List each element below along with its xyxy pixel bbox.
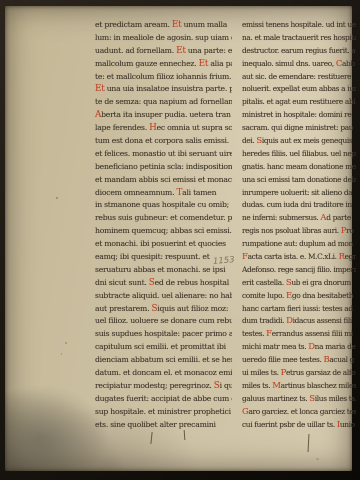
text-line: noluerit. expellat eum abbas a iure <box>242 83 356 96</box>
text-line: erit castella. Sub ei gra dnorum <box>242 277 356 290</box>
ink-text: beneficiano petinia scla: indispositione <box>95 162 232 171</box>
rubric-initial: Et <box>172 20 182 30</box>
ink-text: ali tamen <box>182 188 216 197</box>
ink-text: et mandam abbis sci emissi et monacoz <box>95 175 232 184</box>
ink-text: noluerit. expellat eum abbas a iure <box>242 84 356 93</box>
ink-text: et felices. monastio ut ibi seruant uire <box>95 149 232 158</box>
rubric-initial: H <box>149 123 156 133</box>
text-line: suis supdues hospitale: pacer primo ad <box>95 328 232 341</box>
ink-speck <box>65 342 67 344</box>
text-line: una sci emissi tam donatione delai. <box>242 174 356 187</box>
ink-text: artinus blaschez miles ts. <box>281 381 356 390</box>
text-line: uadunt. ad fornellam. Et una parte: e <box>95 45 232 58</box>
ink-text: cui fuerint psbr de uillar ts. <box>242 420 337 429</box>
ink-text: emissi tenens hospitale. ud int uel fem <box>242 20 356 29</box>
ink-text: capitulum sci emilii. et promittat ibi <box>95 342 226 351</box>
ink-text: inrumpere uoluerit: sit alieno da <box>242 188 352 197</box>
ink-text: hanc cartam fieri iussi: testes ad <box>242 304 353 313</box>
ink-text: d parte <box>326 213 351 222</box>
ink-text: sup hospitale. et ministrer prophetici <box>95 407 231 416</box>
rubric-initial: Et <box>95 84 105 94</box>
text-line: inrumpere uoluerit: sit alieno da <box>242 187 356 200</box>
text-line: hominem quemcuq; abbas sci emissi. <box>95 225 232 238</box>
ink-text: ro <box>346 226 353 235</box>
text-line: Facta carta ista. e. M.C.xLi. Regnante <box>242 251 356 264</box>
text-line: et monachi. ibi posuerint et quocies <box>95 238 232 251</box>
ink-text: iquis aut filioz moz: <box>157 304 228 313</box>
ink-text: datum. et doncam el. et monacoz emissi <box>95 368 232 377</box>
text-line: ets. sine quolibet alter precamini <box>95 419 232 432</box>
ink-text: pitalis. et agat eum restituere abl <box>242 97 355 106</box>
ink-text: rumpatione aut: duplum ad mon <box>242 239 353 248</box>
ink-text: ed de rebus hospital <box>155 278 229 287</box>
ink-text: go dna besitabeth <box>292 291 353 300</box>
ink-text: dudas. cum iuda dni traditore in <box>242 200 352 209</box>
text-line: regis nos psoluat libras auri. Pro <box>242 225 356 238</box>
text-line: Aberta ita insuper pudia. uetera tran <box>95 109 232 122</box>
ink-text: acual g <box>329 355 354 364</box>
ink-text: lape ferendes. <box>95 123 149 132</box>
ink-text: galuus martinez ts. <box>242 394 309 403</box>
text-line: ui miles ts. Petrus garsiaz de alfo <box>242 367 356 380</box>
ink-text: diocem omneamnum. <box>95 188 176 197</box>
text-line: cui fuerint psbr de uillar ts. Iunio <box>242 419 356 432</box>
marginal-year-annotation: 1153 <box>213 255 235 267</box>
ink-text: i quis <box>220 381 232 390</box>
text-line: rebus suis gubneur: et comendetur. per <box>95 212 232 225</box>
ink-text: unio <box>340 420 355 429</box>
text-line: aut sic. de emendare: restituere <box>242 71 356 84</box>
text-line: diocem omneamnum. Tali tamen <box>95 187 232 200</box>
ink-text: ueredo filie mee testes. <box>242 355 323 364</box>
ink-text: te: et mallcolum filioz iohannis frium. <box>95 72 231 81</box>
parchment-page: et predictam aream. Et unum mallalum: in… <box>5 6 352 471</box>
ink-text: ets. sine quolibet alter precamini <box>95 420 216 429</box>
ink-text: subtracte aliquid. uel alienare: no habe <box>95 291 232 300</box>
ink-text: idacus assensi fili <box>293 316 352 325</box>
ink-speck <box>61 353 62 355</box>
ink-text: aro garciez. et lonca garciez testes <box>248 407 356 416</box>
ink-text: ilus miles ts. <box>315 394 356 403</box>
ink-text: sacram. qui digne ministret: pau <box>242 123 353 132</box>
ink-text: rebus suis gubneur: et comendetur. per <box>95 213 232 222</box>
ink-text: aut sic. de emendare: restituere <box>242 72 351 81</box>
ink-text: in stmanone quas hospitale cu omib; <box>95 200 229 209</box>
ink-text: lum: in mealiole de agosin. sup uiam q <box>95 33 232 42</box>
text-line: sup hospitale. et ministrer prophetici <box>95 406 232 419</box>
ink-text: uel filioz. uoluere se donare cum rebus <box>95 316 232 325</box>
ink-text: eamq; ibi quesipit: respuunt. et <box>95 252 210 261</box>
text-line: gnatis. hanc meam donatione mea <box>242 161 356 174</box>
descender-stroke <box>308 434 310 452</box>
text-line: hanc cartam fieri iussi: testes ad <box>242 303 356 316</box>
ink-text: comite lupo. <box>242 291 286 300</box>
text-line: dugates fuerit: accipiat de abbe cum dni <box>95 393 232 406</box>
text-line: miles ts. Martinus blaschez miles ts. <box>242 380 356 393</box>
ink-text: egnante <box>345 252 356 261</box>
ink-text: dugates fuerit: accipiat de abbe cum dni <box>95 394 232 403</box>
ink-text: iquis aut ex meis genequis <box>262 136 352 145</box>
ink-text: Adefonso. rege sancij filio. impera <box>242 265 356 274</box>
text-line: recipiatur modestq; peregrinoz. Si quis <box>95 380 232 393</box>
parchment-stain <box>316 458 319 460</box>
text-line: na. et male tractauerit res hospitalis <box>242 32 356 45</box>
ink-speck <box>56 197 58 199</box>
ink-text: erit castella. <box>242 278 286 287</box>
text-line: emissi tenens hospitale. ud int uel fem <box>242 19 356 32</box>
ink-text: aut prestarem. <box>95 304 151 313</box>
ink-text: ministret in hospitale: domini re <box>242 110 351 119</box>
ink-text: inequalo. simul dns. uareo, <box>242 59 336 68</box>
text-line: michi matr mea ts. Dna maria de <box>242 341 356 354</box>
ink-text: regis nos psoluat libras auri. <box>242 226 341 235</box>
text-line: pitalis. et agat eum restituere abl <box>242 96 356 109</box>
ink-text: dum tradidi. <box>242 316 286 325</box>
text-line: testes. Ferrandus assensi filii mi <box>242 328 356 341</box>
text-line: Garo garciez. et lonca garciez testes <box>242 406 356 419</box>
ink-text: suis supdues hospitale: pacer primo ad <box>95 329 232 338</box>
ink-text: abb <box>342 59 355 68</box>
text-line: dum tradidi. Didacus assensi fili <box>242 315 356 328</box>
text-column-right: emissi tenens hospitale. ud int uel femn… <box>242 19 356 432</box>
text-line: ueredo filie mee testes. Bacual g <box>242 354 356 367</box>
ink-text: una sci emissi tam donatione delai. <box>242 175 356 184</box>
ink-text: una parte: e <box>186 46 232 55</box>
text-line: ministret in hospitale: domini re <box>242 109 356 122</box>
text-line: subtracte aliquid. uel alienare: no habe <box>95 290 232 303</box>
ink-text: mallcolum gauze ennechez. <box>95 59 199 68</box>
ink-text: dienciam abbatum sci emilii. et se heri <box>95 355 232 364</box>
text-line: galuus martinez ts. Silus miles ts. <box>242 393 356 406</box>
ink-text: uadunt. ad fornellam. <box>95 46 176 55</box>
ink-text: hominem quemcuq; abbas sci emissi. <box>95 226 232 235</box>
text-line: lum: in mealiole de agosin. sup uiam q <box>95 32 232 45</box>
ink-text: et predictam aream. <box>95 20 172 29</box>
text-line: uel filioz. uoluere se donare cum rebus <box>95 315 232 328</box>
text-line: et felices. monastio ut ibi seruant uire <box>95 148 232 161</box>
text-line: et predictam aream. Et unum malla <box>95 19 232 32</box>
text-line: tum est dona et corpora salis emissi. <box>95 135 232 148</box>
manuscript-photo: et predictam aream. Et unum mallalum: in… <box>0 0 360 480</box>
text-line: sacram. qui digne ministret: pau <box>242 122 356 135</box>
text-line: ne inferni: submersus. Ad parte <box>242 212 356 225</box>
ink-text: testes. <box>242 329 266 338</box>
text-line: eamq; ibi quesipit: respuunt. et <box>95 251 232 264</box>
rubric-initial: M <box>272 381 280 391</box>
ink-text: alia par <box>208 59 232 68</box>
ink-text: ne inferni: submersus. <box>242 213 320 222</box>
text-line: dei. Siquis aut ex meis genequis <box>242 135 356 148</box>
ink-text: tum est dona et corpora salis emissi. <box>95 136 229 145</box>
ink-text: dni sicut sunt. <box>95 278 149 287</box>
ink-text: recipiatur modestq; peregrinoz. <box>95 381 214 390</box>
ink-text: dei. <box>242 136 256 145</box>
ink-text: destructor. earum regius fuerit. aut <box>242 46 356 55</box>
text-line: mallcolum gauze ennechez. Et alia par <box>95 58 232 71</box>
ink-text: ec omnia ut supra scpm <box>157 123 232 132</box>
ink-text: ub ei gra dnorum <box>291 278 351 287</box>
rubric-initial: Et <box>199 59 209 69</box>
ink-text: seruaturu abbas et monachi. se ipsi <box>95 265 225 274</box>
text-line: destructor. earum regius fuerit. aut <box>242 45 356 58</box>
ink-text: miles ts. <box>242 381 272 390</box>
ink-text: na. et male tractauerit res hospitalis <box>242 33 356 42</box>
text-line: aut prestarem. Siquis aut filioz moz: <box>95 303 232 316</box>
text-line: beneficiano petinia scla: indispositione <box>95 161 232 174</box>
ink-text: etrus garsiaz de alfo <box>286 368 355 377</box>
text-column-left: et predictam aream. Et unum mallalum: in… <box>95 19 232 432</box>
text-line: te de semza: qua napium ad fornellam. <box>95 96 232 109</box>
text-line: capitulum sci emilii. et promittat ibi <box>95 341 232 354</box>
descender-stroke <box>150 432 152 444</box>
ink-text: una uia insalatoe insuistra parte. por <box>105 84 232 93</box>
text-line: et mandam abbis sci emissi et monacoz <box>95 174 232 187</box>
text-line: dudas. cum iuda dni traditore in <box>242 199 356 212</box>
ink-text: et monachi. ibi posuerint et quocies <box>95 239 226 248</box>
ink-text: te de semza: qua napium ad fornellam. <box>95 97 232 106</box>
text-line: dni sicut sunt. Sed de rebus hospital <box>95 277 232 290</box>
text-line: te: et mallcolum filioz iohannis frium. <box>95 71 232 84</box>
ink-text: gnatis. hanc meam donatione mea <box>242 162 356 171</box>
ink-text: acta carta ista. e. M.C.xLi. <box>248 252 339 261</box>
text-line: comite lupo. Ego dna besitabeth <box>242 290 356 303</box>
ink-text: michi matr mea ts. <box>242 342 308 351</box>
ink-text: ui miles ts. <box>242 368 281 377</box>
rubric-initial: Et <box>176 46 186 56</box>
text-line: Et una uia insalatoe insuistra parte. po… <box>95 83 232 96</box>
ink-text: heredes filiis. uel filiabus. uel nepoti… <box>242 149 356 158</box>
text-line: lape ferendes. Hec omnia ut supra scpm <box>95 122 232 135</box>
text-line: dienciam abbatum sci emilii. et se heri <box>95 354 232 367</box>
text-line: inequalo. simul dns. uareo, Cabb <box>242 58 356 71</box>
text-line: heredes filiis. uel filiabus. uel nepoti… <box>242 148 356 161</box>
text-line: Adefonso. rege sancij filio. impera <box>242 264 356 277</box>
text-line: seruaturu abbas et monachi. se ipsi <box>95 264 232 277</box>
ink-text: errandus assensi filii mi <box>272 329 353 338</box>
text-line: rumpatione aut: duplum ad mon <box>242 238 356 251</box>
ink-text: berta ita insuper pudia. uetera tran <box>101 110 231 119</box>
text-line: in stmanone quas hospitale cu omib; <box>95 199 232 212</box>
text-line: datum. et doncam el. et monacoz emissi <box>95 367 232 380</box>
ink-text: unum malla <box>181 20 227 29</box>
ink-text: na maria de <box>315 342 356 351</box>
